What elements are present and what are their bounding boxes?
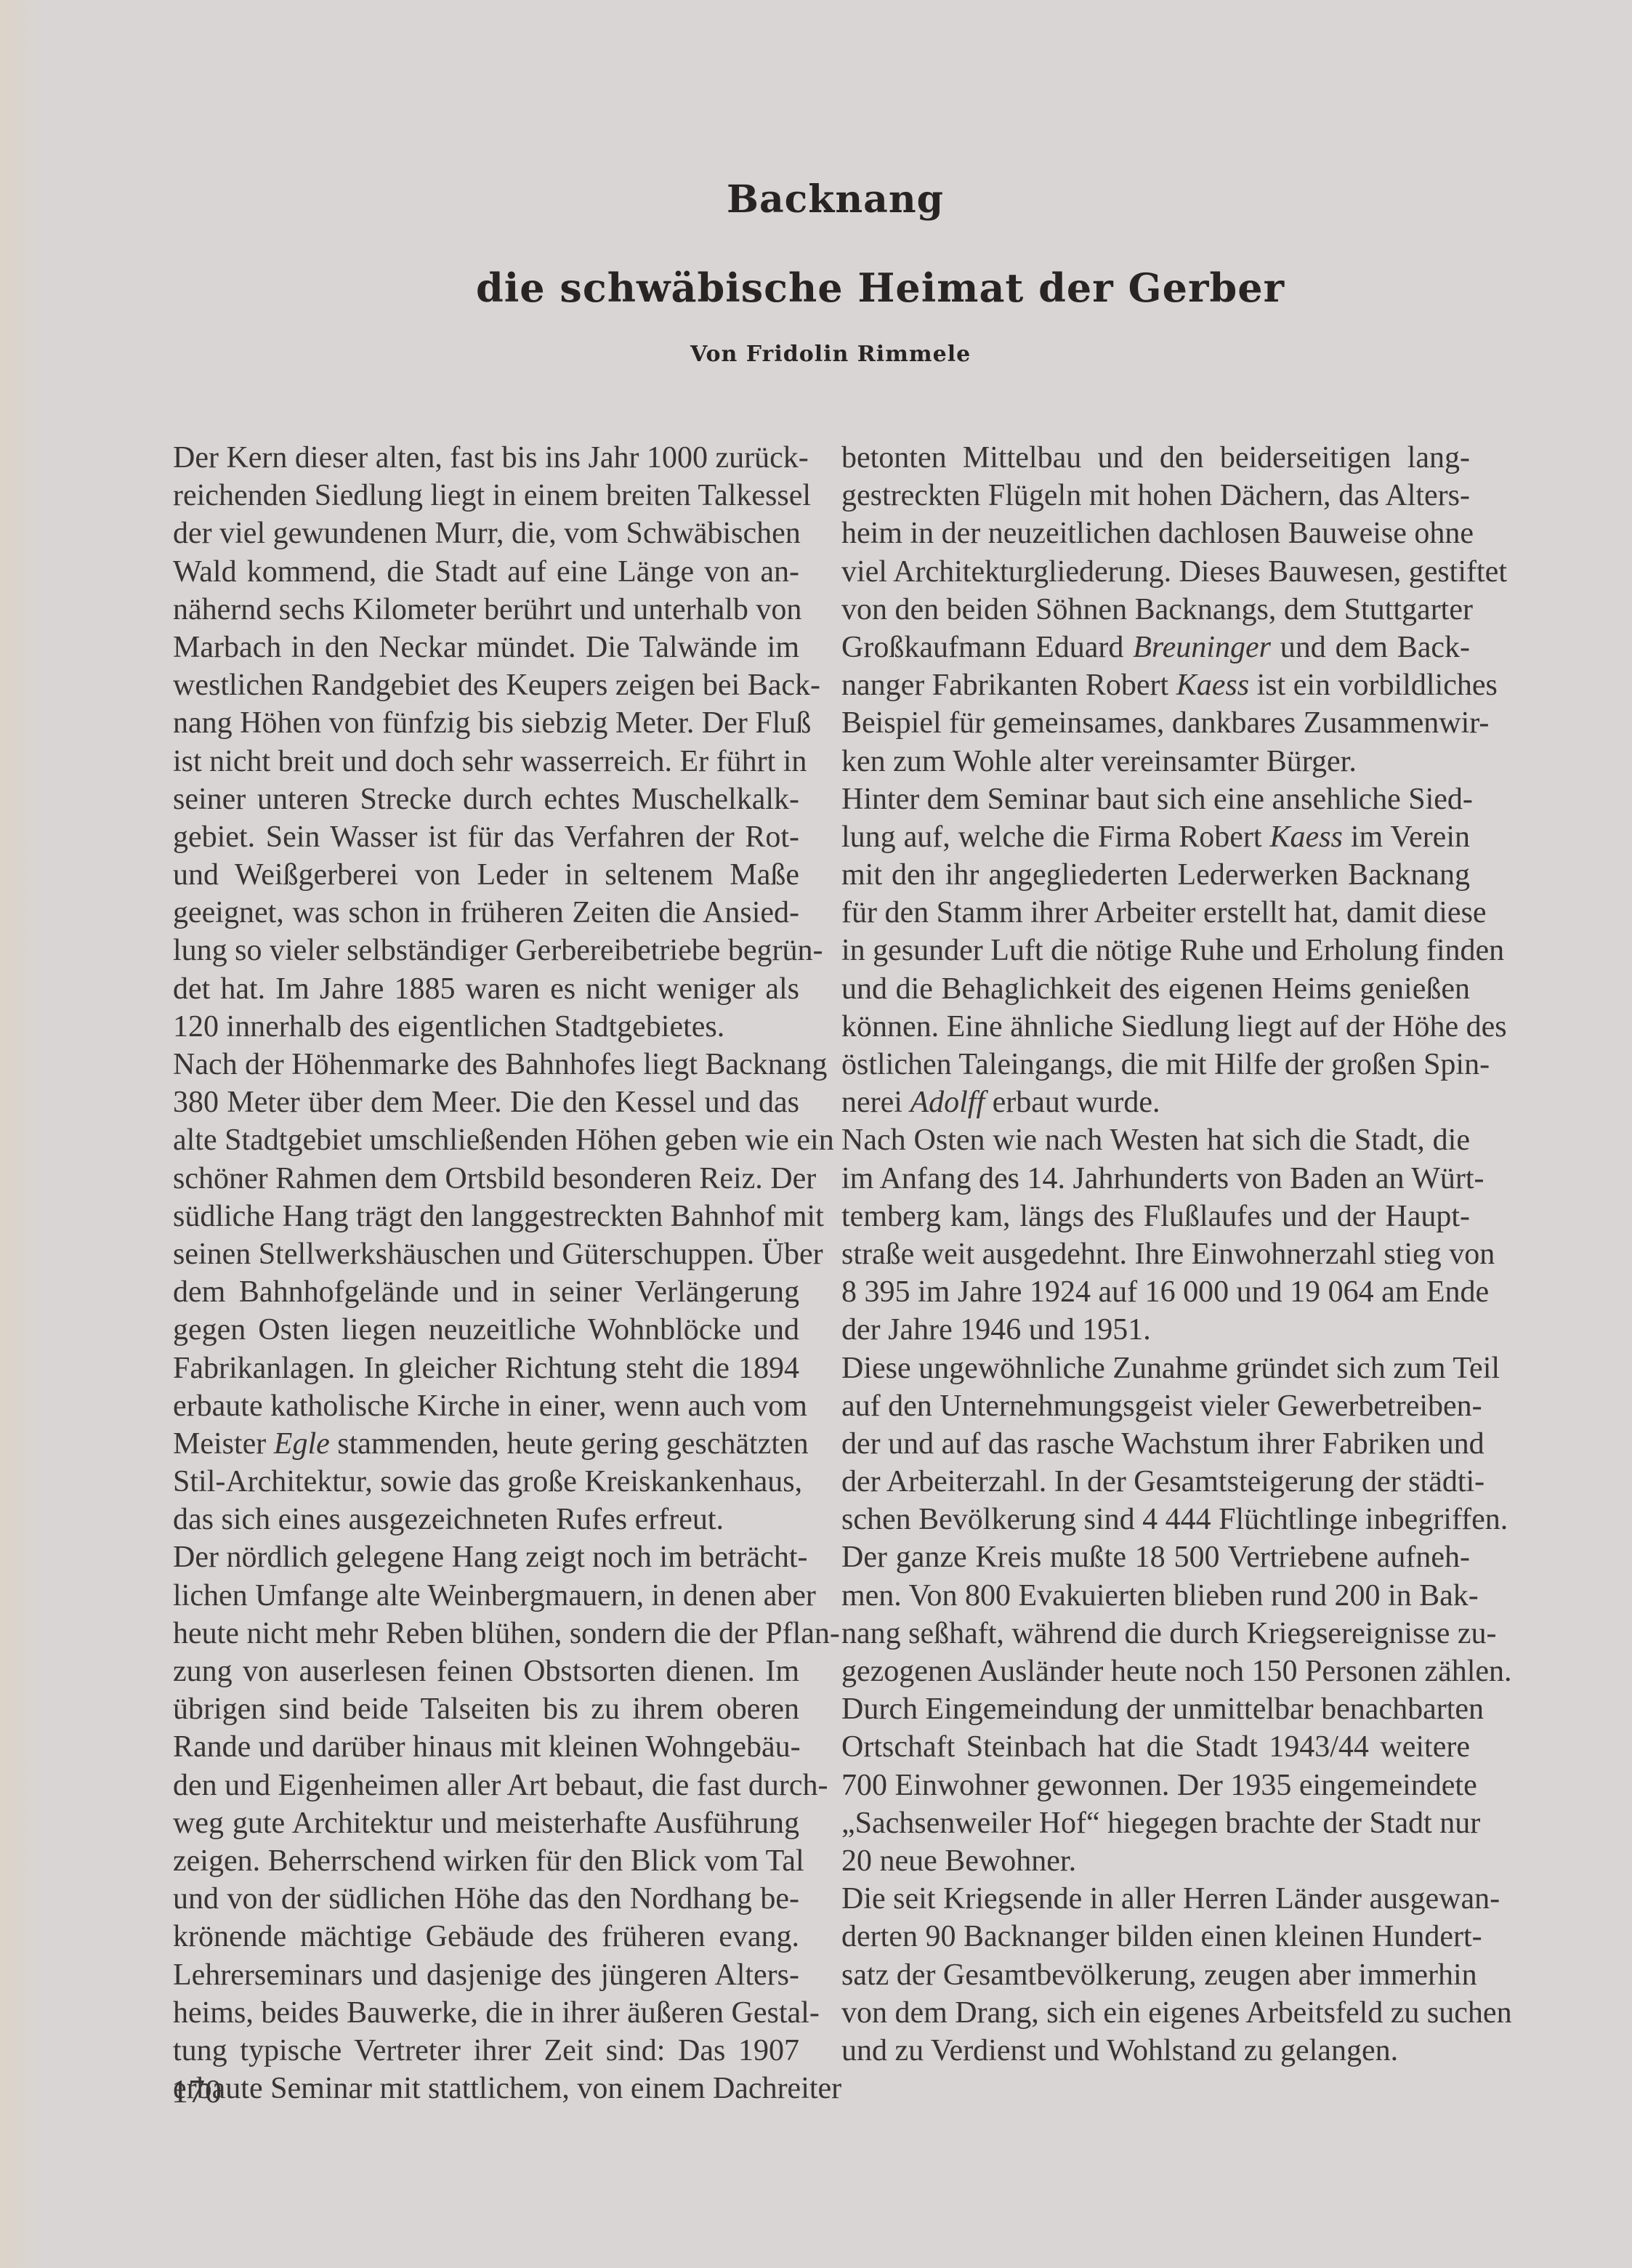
text-line: Der ganze Kreis mußte 18 500 Vertriebene… bbox=[841, 1538, 1470, 1576]
text-line: und von der südlichen Höhe das den Nordh… bbox=[173, 1880, 799, 1918]
text-line: Marbach in den Neckar mündet. Die Talwän… bbox=[173, 629, 799, 666]
text-line: der Jahre 1946 und 1951. bbox=[841, 1311, 1470, 1349]
text-line: erbaute katholische Kirche in einer, wen… bbox=[173, 1387, 799, 1425]
text-line: „Sachsenweiler Hof“ hiegegen brachte der… bbox=[841, 1804, 1470, 1842]
text-line: von den beiden Söhnen Backnangs, dem Stu… bbox=[841, 591, 1470, 629]
text-line: Stil-Architektur, sowie das große Kreisk… bbox=[173, 1463, 799, 1501]
text-line: gebiet. Sein Wasser ist für das Verfahre… bbox=[173, 818, 799, 856]
text-line: übrigen sind beide Talseiten bis zu ihre… bbox=[173, 1690, 799, 1728]
text-line: nang seßhaft, während die durch Kriegser… bbox=[841, 1615, 1470, 1652]
text-line: temberg kam, längs des Flußlaufes und de… bbox=[841, 1198, 1470, 1235]
text-line: Der Kern dieser alten, fast bis ins Jahr… bbox=[173, 439, 799, 477]
text-line: Wald kommend, die Stadt auf eine Länge v… bbox=[173, 553, 799, 591]
text-line: Nach Osten wie nach Westen hat sich die … bbox=[841, 1121, 1470, 1159]
text-run: Meister bbox=[173, 1427, 274, 1461]
text-line: zeigen. Beherrschend wirken für den Blic… bbox=[173, 1842, 799, 1880]
text-line: nähernd sechs Kilometer berührt und unte… bbox=[173, 591, 799, 629]
text-run: Großkaufmann Eduard bbox=[841, 631, 1133, 664]
text-line: zung von auserlesen feinen Obstsorten di… bbox=[173, 1652, 799, 1690]
text-line: gestreckten Flügeln mit hohen Dächern, d… bbox=[841, 477, 1470, 514]
text-line: derten 90 Backnanger bilden einen kleine… bbox=[841, 1918, 1470, 1956]
text-line: schen Bevölkerung sind 4 444 Flüchtlinge… bbox=[841, 1501, 1470, 1538]
text-line: gegen Osten liegen neuzeitliche Wohnblöc… bbox=[173, 1311, 799, 1349]
text-line: krönende mächtige Gebäude des früheren e… bbox=[173, 1918, 799, 1956]
text-line: 120 innerhalb des eigentlichen Stadtgebi… bbox=[173, 1008, 799, 1046]
text-line: der und auf das rasche Wachstum ihrer Fa… bbox=[841, 1425, 1470, 1463]
text-run: erbaut wurde. bbox=[985, 1086, 1160, 1119]
text-run: ist ein vorbildliches bbox=[1249, 669, 1498, 702]
text-line: von dem Drang, sich ein eigenes Arbeitsf… bbox=[841, 1994, 1470, 2032]
italic-name: Kaess bbox=[1176, 669, 1249, 702]
text-line: Durch Eingemeindung der unmittelbar bena… bbox=[841, 1690, 1470, 1728]
text-line: im Anfang des 14. Jahrhunderts von Baden… bbox=[841, 1160, 1470, 1198]
text-line: Beispiel für gemeinsames, dankbares Zusa… bbox=[841, 704, 1470, 742]
text-line: tung typische Vertreter ihrer Zeit sind:… bbox=[173, 2032, 799, 2070]
text-line: Rande und darüber hinaus mit kleinen Woh… bbox=[173, 1728, 799, 1766]
text-line: mit den ihr angegliederten Lederwerken B… bbox=[841, 856, 1470, 894]
text-run: und dem Back- bbox=[1271, 631, 1470, 664]
text-line: westlichen Randgebiet des Keupers zeigen… bbox=[173, 666, 799, 704]
text-line: Nach der Höhenmarke des Bahnhofes liegt … bbox=[173, 1046, 799, 1083]
text-line: Fabrikanlagen. In gleicher Richtung steh… bbox=[173, 1349, 799, 1387]
italic-name: Breuninger bbox=[1133, 631, 1271, 664]
text-line: geeignet, was schon in früheren Zeiten d… bbox=[173, 894, 799, 932]
text-column-left: Der Kern dieser alten, fast bis ins Jahr… bbox=[173, 439, 799, 2107]
text-line: für den Stamm ihrer Arbeiter erstellt ha… bbox=[841, 894, 1470, 932]
text-line: lung auf, welche die Firma Robert Kaess … bbox=[841, 818, 1470, 856]
text-line: nang Höhen von fünfzig bis siebzig Meter… bbox=[173, 704, 799, 742]
text-line: 8 395 im Jahre 1924 auf 16 000 und 19 06… bbox=[841, 1273, 1470, 1311]
text-line: nanger Fabrikanten Robert Kaess ist ein … bbox=[841, 666, 1470, 704]
text-line: der Arbeiterzahl. In der Gesamtsteigerun… bbox=[841, 1463, 1470, 1501]
text-line: reichenden Siedlung liegt in einem breit… bbox=[173, 477, 799, 514]
text-line: schöner Rahmen dem Ortsbild besonderen R… bbox=[173, 1160, 799, 1198]
page-number: 170 bbox=[171, 2071, 222, 2112]
text-line: und zu Verdienst und Wohlstand zu gelang… bbox=[841, 2032, 1470, 2070]
text-line: erbaute Seminar mit stattlichem, von ein… bbox=[173, 2070, 799, 2107]
page-title: Backnang bbox=[727, 177, 923, 223]
text-line: Die seit Kriegsende in aller Herren Länd… bbox=[841, 1880, 1470, 1918]
text-run: stammenden, heute gering geschätzten bbox=[330, 1427, 809, 1461]
page-subtitle: die schwäbische Heimat der Gerber bbox=[476, 264, 1130, 312]
text-line: können. Eine ähnliche Siedlung liegt auf… bbox=[841, 1008, 1470, 1046]
text-line: Meister Egle stammenden, heute gering ge… bbox=[173, 1425, 799, 1463]
text-line: weg gute Architektur und meisterhafte Au… bbox=[173, 1804, 799, 1842]
text-line: und Weißgerberei von Leder in seltenem M… bbox=[173, 856, 799, 894]
text-run: nanger Fabrikanten Robert bbox=[841, 669, 1176, 702]
text-line: Der nördlich gelegene Hang zeigt noch im… bbox=[173, 1538, 799, 1576]
text-line: ist nicht breit und doch sehr wasserreic… bbox=[173, 743, 799, 780]
text-line: nerei Adolff erbaut wurde. bbox=[841, 1083, 1470, 1121]
text-line: seinen Stellwerkshäuschen und Güterschup… bbox=[173, 1235, 799, 1273]
italic-name: Egle bbox=[274, 1427, 330, 1461]
text-line: lung so vieler selbständiger Gerbereibet… bbox=[173, 932, 799, 969]
text-line: seiner unteren Strecke durch echtes Musc… bbox=[173, 780, 799, 818]
text-line: Ortschaft Steinbach hat die Stadt 1943/4… bbox=[841, 1728, 1470, 1766]
text-line: und die Behaglichkeit des eigenen Heims … bbox=[841, 970, 1470, 1008]
page-binding-edge bbox=[0, 0, 44, 2268]
text-column-right: betonten Mittelbau und den beiderseitige… bbox=[841, 439, 1470, 2070]
italic-name: Kaess bbox=[1270, 820, 1343, 854]
text-line: auf den Unternehmungsgeist vieler Gewerb… bbox=[841, 1387, 1470, 1425]
text-line: der viel gewundenen Murr, die, vom Schwä… bbox=[173, 514, 799, 552]
text-line: satz der Gesamtbevölkerung, zeugen aber … bbox=[841, 1956, 1470, 1994]
text-line: in gesunder Luft die nötige Ruhe und Erh… bbox=[841, 932, 1470, 969]
text-line: 700 Einwohner gewonnen. Der 1935 eingeme… bbox=[841, 1767, 1470, 1804]
text-line: viel Architekturgliederung. Dieses Bauwe… bbox=[841, 553, 1470, 591]
text-run: nerei bbox=[841, 1086, 910, 1119]
author-byline: Von Fridolin Rimmele bbox=[690, 340, 959, 369]
text-line: 380 Meter über dem Meer. Die den Kessel … bbox=[173, 1083, 799, 1121]
text-line: dem Bahnhofgelände und in seiner Verläng… bbox=[173, 1273, 799, 1311]
italic-name: Adolff bbox=[910, 1086, 985, 1119]
text-line: heute nicht mehr Reben blühen, sondern d… bbox=[173, 1615, 799, 1652]
text-line: heims, beides Bauwerke, die in ihrer äuß… bbox=[173, 1994, 799, 2032]
text-line: alte Stadtgebiet umschließenden Höhen ge… bbox=[173, 1121, 799, 1159]
text-line: det hat. Im Jahre 1885 waren es nicht we… bbox=[173, 970, 799, 1008]
text-line: ken zum Wohle alter vereinsamter Bürger. bbox=[841, 743, 1470, 780]
text-line: men. Von 800 Evakuierten blieben rund 20… bbox=[841, 1577, 1470, 1615]
text-line: gezogenen Ausländer heute noch 150 Perso… bbox=[841, 1652, 1470, 1690]
text-line: südliche Hang trägt den langgestreckten … bbox=[173, 1198, 799, 1235]
text-line: Diese ungewöhnliche Zunahme gründet sich… bbox=[841, 1349, 1470, 1387]
text-line: Hinter dem Seminar baut sich eine ansehl… bbox=[841, 780, 1470, 818]
text-line: heim in der neuzeitlichen dachlosen Bauw… bbox=[841, 514, 1470, 552]
text-line: das sich eines ausgezeichneten Rufes erf… bbox=[173, 1501, 799, 1538]
text-line: den und Eigenheimen aller Art bebaut, di… bbox=[173, 1767, 799, 1804]
text-line: östlichen Taleingangs, die mit Hilfe der… bbox=[841, 1046, 1470, 1083]
text-line: straße weit ausgedehnt. Ihre Einwohnerza… bbox=[841, 1235, 1470, 1273]
text-line: Lehrerseminars und dasjenige des jüngere… bbox=[173, 1956, 799, 1994]
text-run: lung auf, welche die Firma Robert bbox=[841, 820, 1270, 854]
text-line: Großkaufmann Eduard Breuninger und dem B… bbox=[841, 629, 1470, 666]
text-run: im Verein bbox=[1343, 820, 1470, 854]
text-line: lichen Umfange alte Weinbergmauern, in d… bbox=[173, 1577, 799, 1615]
text-line: betonten Mittelbau und den beiderseitige… bbox=[841, 439, 1470, 477]
text-line: 20 neue Bewohner. bbox=[841, 1842, 1470, 1880]
